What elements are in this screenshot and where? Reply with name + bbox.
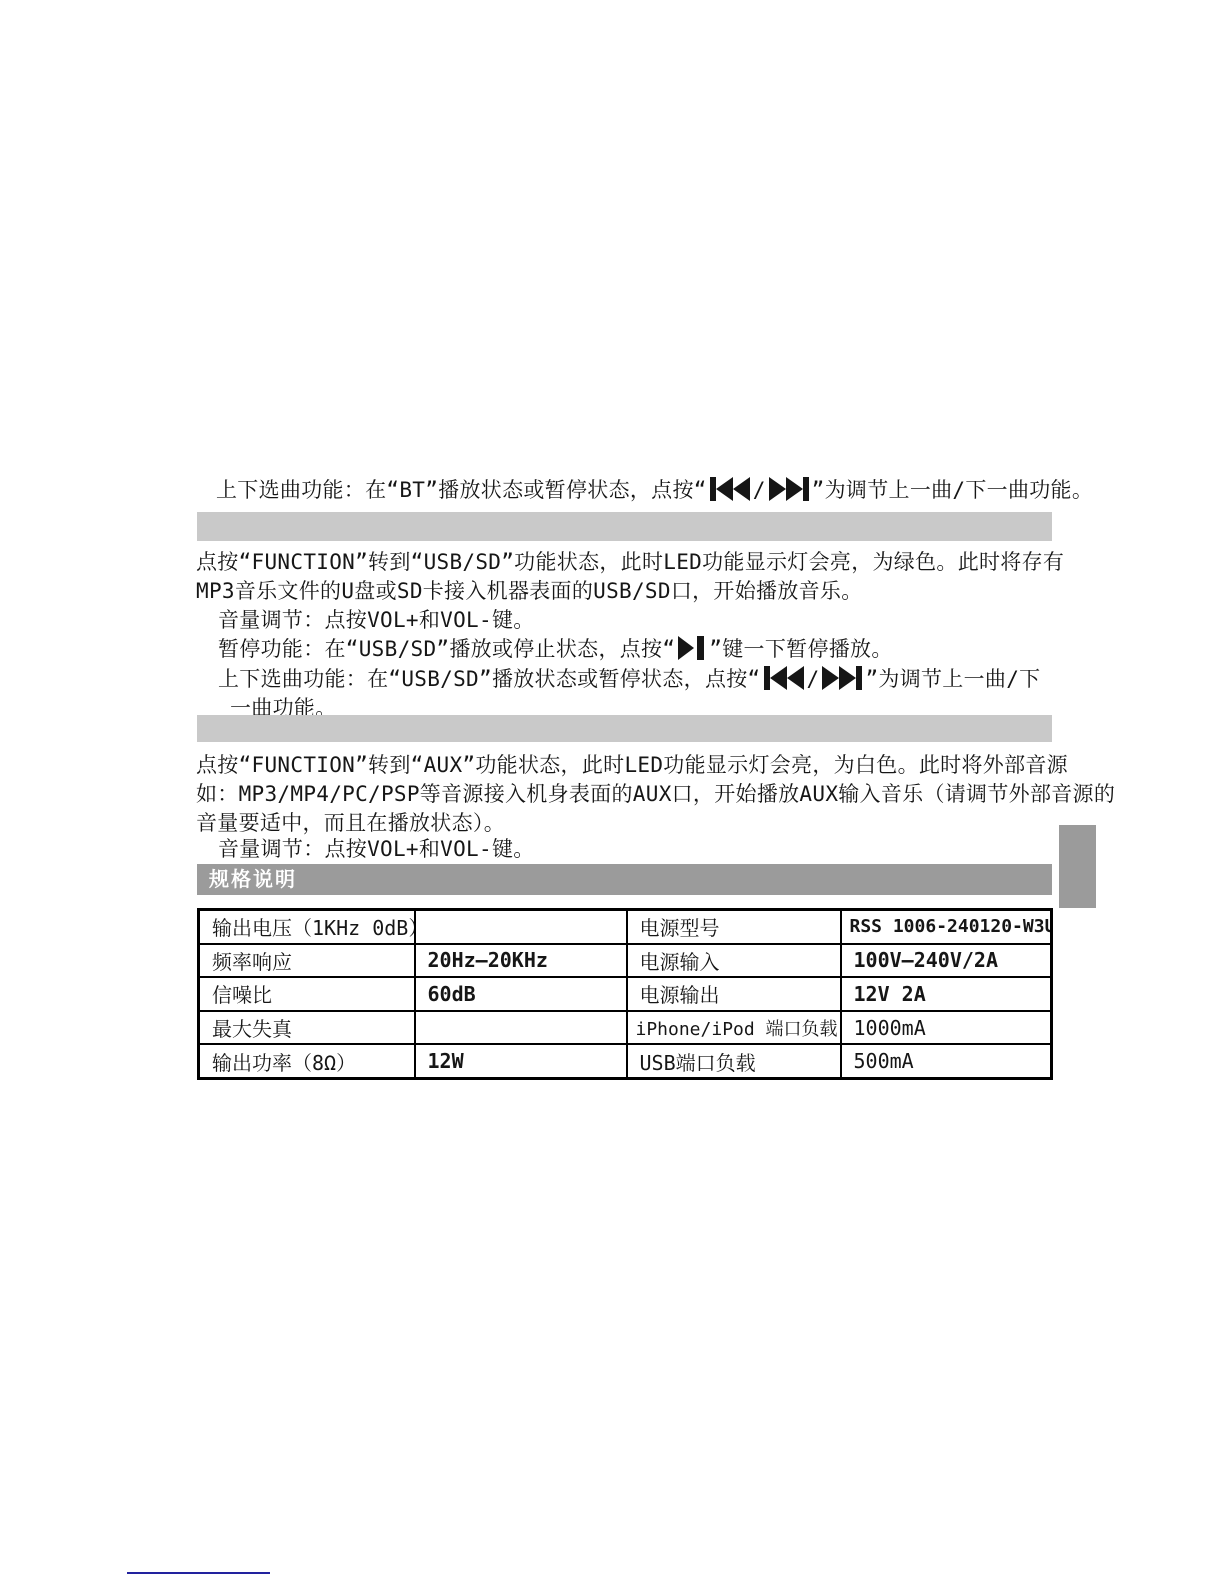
spec-value: 12V 2A [841, 977, 1052, 1011]
bt-select-text-post: ”为调节上一曲/下一曲功能。 [812, 478, 1094, 502]
spec-value [415, 910, 627, 944]
table-row: 频率响应 20Hz—20KHz 电源输入 100V—240V/2A [199, 944, 1052, 978]
table-row: 最大失真 iPhone/iPod 端口负载 1000mA [199, 1011, 1052, 1045]
usb-paragraph-line2: MP3音乐文件的U盘或SD卡接入机器表面的USB/SD口，开始播放音乐。 [196, 578, 863, 604]
spec-value: 500mA [841, 1044, 1052, 1078]
skip-previous-icon [764, 666, 804, 690]
aux-paragraph-line1: 点按“FUNCTION”转到“AUX”功能状态，此时LED功能显示灯会亮，为白色… [196, 752, 1068, 778]
manual-page: 上下选曲功能：在“BT”播放状态或暂停状态，点按“/”为调节上一曲/下一曲功能。… [0, 0, 1224, 1584]
play-pause-icon [678, 636, 706, 660]
bt-select-text-pre: 上下选曲功能：在“BT”播放状态或暂停状态，点按“ [216, 478, 707, 502]
spec-value: 60dB [415, 977, 627, 1011]
spec-label: 信噪比 [199, 977, 415, 1011]
section-divider-bar-usb [197, 512, 1052, 541]
section-divider-bar-aux [197, 715, 1052, 742]
usb-paragraph-line1: 点按“FUNCTION”转到“USB/SD”功能状态，此时LED功能显示灯会亮，… [196, 549, 1064, 575]
usb-volume-line: 音量调节：点按VOL+和VOL-键。 [218, 607, 535, 633]
aux-paragraph-line2: 如：MP3/MP4/PC/PSP等音源接入机身表面的AUX口，开始播放AUX输入… [196, 781, 1115, 807]
spec-label: USB端口负载 [627, 1044, 841, 1078]
skip-next-icon [822, 666, 862, 690]
spec-label: 频率响应 [199, 944, 415, 978]
page-edge-tab [1059, 825, 1096, 908]
usb-select-text-pre: 上下选曲功能：在“USB/SD”播放状态或暂停状态，点按“ [218, 667, 761, 691]
spec-value: 12W [415, 1044, 627, 1078]
spec-label: 电源输入 [627, 944, 841, 978]
footer-link-line [127, 1572, 270, 1574]
table-row: 输出功率（8Ω） 12W USB端口负载 500mA [199, 1044, 1052, 1078]
table-row: 信噪比 60dB 电源输出 12V 2A [199, 977, 1052, 1011]
usb-select-text-post: ”为调节上一曲/下 [865, 667, 1040, 691]
spec-label: 电源输出 [627, 977, 841, 1011]
bt-track-select-line: 上下选曲功能：在“BT”播放状态或暂停状态，点按“/”为调节上一曲/下一曲功能。 [216, 477, 1093, 503]
spec-value [415, 1011, 627, 1045]
spec-label: 最大失真 [199, 1011, 415, 1045]
table-row: 输出电压（1KHz 0dB） 电源型号 RSS 1006-240120-W3U [199, 910, 1052, 944]
skip-previous-icon [710, 477, 750, 501]
spec-value: 1000mA [841, 1011, 1052, 1045]
usb-pause-text-pre: 暂停功能：在“USB/SD”播放或停止状态，点按“ [218, 637, 675, 661]
spec-label: 电源型号 [627, 910, 841, 944]
aux-paragraph-line3: 音量要适中，而且在播放状态）。 [196, 810, 505, 836]
skip-next-icon [769, 477, 809, 501]
usb-pause-text-post: ”键一下暂停播放。 [709, 637, 892, 661]
usb-track-select-line: 上下选曲功能：在“USB/SD”播放状态或暂停状态，点按“/”为调节上一曲/下 [218, 666, 1040, 692]
spec-value: RSS 1006-240120-W3U [841, 910, 1052, 944]
spec-label: iPhone/iPod 端口负载 [627, 1011, 841, 1045]
usb-select-separator: / [807, 667, 820, 691]
spec-label: 输出电压（1KHz 0dB） [199, 910, 415, 944]
spec-value: 100V—240V/2A [841, 944, 1052, 978]
spec-section-header: 规格说明 [197, 864, 1052, 895]
spec-table: 输出电压（1KHz 0dB） 电源型号 RSS 1006-240120-W3U … [197, 908, 1053, 1080]
bt-select-separator: / [753, 478, 766, 502]
aux-volume-line: 音量调节：点按VOL+和VOL-键。 [218, 836, 535, 862]
usb-pause-line: 暂停功能：在“USB/SD”播放或停止状态，点按“”键一下暂停播放。 [218, 636, 893, 662]
spec-value: 20Hz—20KHz [415, 944, 627, 978]
spec-label: 输出功率（8Ω） [199, 1044, 415, 1078]
